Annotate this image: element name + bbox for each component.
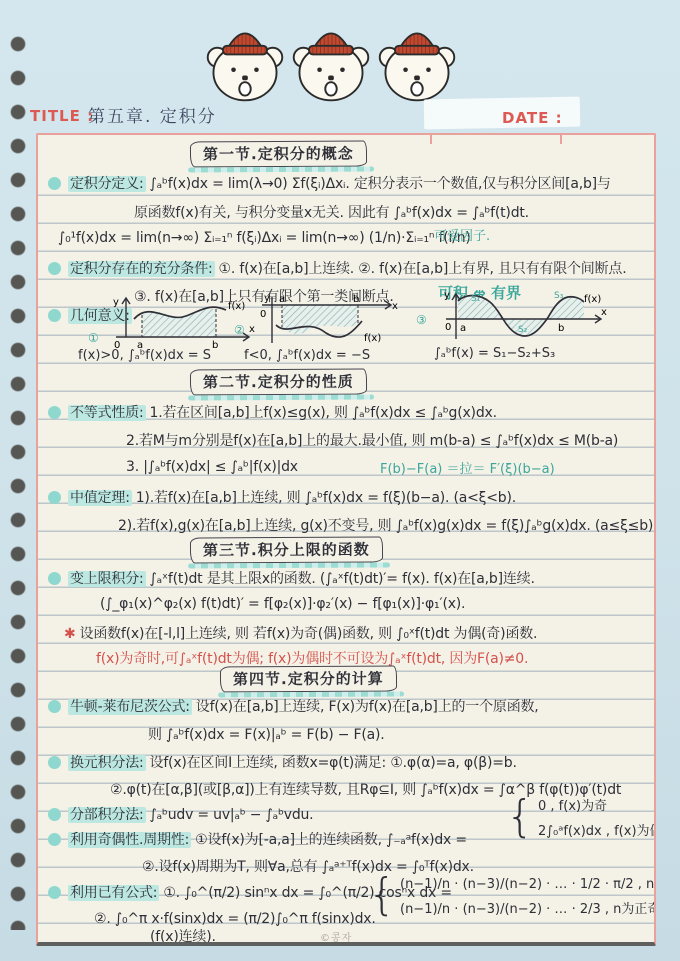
wallis-odd-case: (n−1)/n · (n−3)/(n−2) · … · 2/3 , n为正奇数. [400,898,656,917]
axis-label-y: y [113,297,119,308]
wallis-even-case: (n−1)/n · (n−3)/(n−2) · … · 1/2 · π/2 , … [400,873,656,892]
line-ineq-3: 3. |∫ₐᵇf(x)dx| ≤ ∫ₐᵇ|f(x)|dx [126,459,298,475]
keyword-known-formulas: 利用已有公式: [68,885,159,901]
bullet-icon [48,177,61,190]
parity-case-block: { 0 , f(x)为奇 2∫₀ᵃf(x)dx , f(x)为偶 [506,795,656,839]
origin-label: 0 [260,309,266,320]
section-1-heading: 第一节.定积分的概念 [190,141,367,168]
ineq-text-1: 1.若在区间[a,b]上f(x)≤g(x), 则 ∫ₐᵇf(x)dx ≤ ∫ₐᵇ… [150,405,497,421]
line-def-3: ∫₀¹f(x)dx = lim(n→∞) Σᵢ₌₁ⁿ f(ξᵢ)Δxᵢ = li… [58,230,471,246]
diagram-2-caption: f<0, ∫ₐᵇf(x)dx = −S [244,348,370,363]
keyword-inequality: 不等式性质: [68,405,146,421]
diagram-negative-area: y x 0 a b f(x) [250,293,400,347]
line-ineq-1: 不等式性质:1.若在区间[a,b]上f(x)≤g(x), 则 ∫ₐᵇf(x)dx… [48,402,497,422]
section-2-title: 第二节.定积分的性质 [203,373,354,392]
line-newton-2: 则 ∫ₐᵇf(x)dx = F(x)|ₐᵇ = F(b) − F(a). [148,724,385,744]
bullet-icon [48,262,61,275]
section-4-heading: 第四节.定积分的计算 [220,666,397,693]
axis-label-a: a [460,323,466,334]
axis-label-b: b [212,340,218,351]
parity-case-odd: 0 , f(x)为奇 [538,795,656,814]
page-title: 第五章. 定积分 [88,102,217,127]
mvt-text-2: 2).若f(x),g(x)在[a,b]上连续, g(x)不变号, 则 ∫ₐᵇf(… [118,518,653,534]
area-label-s3: S₃ [554,291,564,301]
date-label: DATE : [502,109,563,127]
line-odd-even-1: ✱设函数f(x)在[-l,l]上连续, 则 若f(x)为奇(偶)函数, 则 ∫₀… [64,623,537,643]
bear-icon [202,22,288,106]
diagram-1-caption: f(x)>0, ∫ₐᵇf(x)dx = S [78,348,211,363]
bullet-icon [48,756,61,769]
binder-holes [5,30,31,930]
diagram-2-number: ② [234,323,245,337]
watermark: ©콩자 [320,929,352,944]
margin-note-lagrange: F(b)−F(a) ＝拉＝ F′(ξ)(b−a) [380,458,555,477]
odd-even-red-note: f(x)为奇时,可∫ₐˣf(t)dt为偶; f(x)为偶时不可设为∫ₐˣf(t)… [96,651,528,667]
section-3-heading: 第三节.积分上限的函数 [190,536,383,563]
line-substitution-1: 换元积分法:设f(x)在区间I上连续, 函数x=φ(t)满足: ①.φ(α)=a… [48,752,517,772]
bullet-icon [48,572,61,585]
wallis-case-block: { (n−1)/n · (n−3)/(n−2) · … · 1/2 · π/2 … [368,873,656,917]
axis-label-y: y [264,293,270,304]
line-var-1: 变上限积分:∫ₐˣf(t)dt 是其上限x的函数. (∫ₐˣf(t)dt)′= … [48,568,535,588]
mvt-text-1: 1).若f(x)在[a,b]上连续, 则 ∫ₐᵇf(x)dx = f(ξ)(b−… [136,490,516,506]
bullet-icon [48,833,61,846]
bullet-icon [48,886,61,899]
def-text-2: 原函数f(x)有关, 与积分变量x无关. 因此有 ∫ₐᵇf(x)dx = ∫ₐᵇ… [134,205,529,221]
line-def-2: 原函数f(x)有关, 与积分变量x无关. 因此有 ∫ₐᵇf(x)dx = ∫ₐᵇ… [134,202,529,222]
axis-label-x: x [392,301,398,312]
line-def-1: 定积分定义:∫ₐᵇf(x)dx = lim(λ→0) Σf(ξᵢ)Δxᵢ. 定积… [48,173,611,193]
line-ineq-2: 2.若M与m分别是f(x)在[a,b]上的最大.最小值, 则 m(b-a) ≤ … [126,430,618,450]
area-label-s1: S₁ [471,294,481,304]
keyword-by-parts: 分部积分法: [68,807,146,823]
sinx-formula: ②. ∫₀^π x·f(sinx)dx = (π/2)∫₀^π f(sinx)d… [94,911,376,927]
axis-label-a: a [279,294,285,305]
diagram-3-number: ③ [416,313,427,327]
note-paper: 第一节.定积分的概念 定积分定义:∫ₐᵇf(x)dx = lim(λ→0) Σf… [36,133,656,946]
ruler-tick [430,135,432,144]
brace-glyph: { [506,795,534,839]
diagram-1-number: ① [88,331,99,345]
cond-text-1: ①. f(x)在[a,b]上连续. ②. f(x)在[a,b]上有界, 且只有有… [219,261,627,277]
bullet-icon [48,309,61,322]
substitution-text-1: 设f(x)在区间I上连续, 函数x=φ(t)满足: ①.φ(α)=a, φ(β)… [150,755,517,771]
ruler-tick [560,135,562,144]
newton-text-1: 设f(x)在[a,b]上连续, F(x)为f(x)在[a,b]上的一个原函数, [196,699,539,715]
keyword-parity-period: 利用奇偶性.周期性: [68,832,191,848]
newton-text-2: 则 ∫ₐᵇf(x)dx = F(x)|ₐᵇ = F(b) − F(a). [148,727,385,743]
bear-icon [288,22,374,106]
axis-label-x: x [601,307,607,318]
bullet-icon [48,808,61,821]
bullet-icon [48,406,61,419]
line-formula-3: (f(x)连续). [150,926,216,946]
bullet-icon [48,700,61,713]
line-mvt-2: 2).若f(x),g(x)在[a,b]上连续, g(x)不变号, 则 ∫ₐᵇf(… [118,515,653,535]
curve-label-fx: f(x) [364,333,381,344]
keyword-mean-value: 中值定理: [68,490,132,506]
line-var-2: (∫_φ₁(x)^φ₂(x) f(t)dt)′ = f[φ₂(x)]·φ₂′(x… [100,596,465,612]
by-parts-formula: ∫ₐᵇudv = uv|ₐᵇ − ∫ₐᵇvdu. [150,807,314,823]
area-label-s2: S₂ [518,325,528,335]
curve-label-fx: f(x) [584,294,601,305]
axis-label-b: b [558,323,564,334]
section-1-title: 第一节.定积分的概念 [203,145,354,164]
title-label: TITLE : [30,107,94,125]
continuity-note: (f(x)连续). [150,929,216,945]
diagram-signed-areas: y x 0 a b S₁ S₂ S₃ f(x) [438,289,610,345]
section-3-title: 第三节.积分上限的函数 [203,541,370,560]
line-parity-1: 利用奇偶性.周期性:①设f(x)为[-a,a]上的连续函数, ∫₋ₐᵃf(x)d… [48,829,467,849]
var-text-1: ∫ₐˣf(t)dt 是其上限x的函数. (∫ₐˣf(t)dt)′= f(x). … [150,571,535,587]
line-mvt-1: 中值定理:1).若f(x)在[a,b]上连续, 则 ∫ₐᵇf(x)dx = f(… [48,487,516,507]
line-by-parts: 分部积分法:∫ₐᵇudv = uv|ₐᵇ − ∫ₐᵇvdu. [48,804,313,824]
line-formula-2: ②. ∫₀^π x·f(sinx)dx = (π/2)∫₀^π f(sinx)d… [94,911,376,927]
keyword-substitution: 换元积分法: [68,755,146,771]
margin-note-cute-factor: 可爱因子. [434,225,490,244]
keyword-definition: 定积分定义: [68,176,146,192]
def-text-1: ∫ₐᵇf(x)dx = lim(λ→0) Σf(ξᵢ)Δxᵢ. 定积分表示一个数… [150,176,611,192]
curve-label-fx: f(x) [228,301,245,312]
ineq-text-2: 2.若M与m分别是f(x)在[a,b]上的最大.最小值, 则 m(b-a) ≤ … [126,433,618,449]
parity-case-even: 2∫₀ᵃf(x)dx , f(x)为偶 [538,820,656,839]
section-2-heading: 第二节.定积分的性质 [190,369,367,396]
bullet-icon [48,491,61,504]
def-text-3: ∫₀¹f(x)dx = lim(n→∞) Σᵢ₌₁ⁿ f(ξᵢ)Δxᵢ = li… [58,230,471,246]
keyword-existence: 定积分存在的充分条件: [68,261,215,277]
odd-even-text: 设函数f(x)在[-l,l]上连续, 则 若f(x)为奇(偶)函数, 则 ∫₀ˣ… [80,626,538,642]
axis-label-b: b [353,294,359,305]
axis-label-y: y [444,290,450,301]
line-newton-1: 牛顿-莱布尼茨公式:设f(x)在[a,b]上连续, F(x)为f(x)在[a,b… [48,696,539,716]
keyword-variable-limit: 变上限积分: [68,571,146,587]
ineq-text-3: 3. |∫ₐᵇf(x)dx| ≤ ∫ₐᵇ|f(x)|dx [126,459,298,475]
var-text-2: (∫_φ₁(x)^φ₂(x) f(t)dt)′ = f[φ₂(x)]·φ₂′(x… [100,596,465,612]
line-cond-1: 定积分存在的充分条件:①. f(x)在[a,b]上连续. ②. f(x)在[a,… [48,258,626,278]
parity-text-1: ①设f(x)为[-a,a]上的连续函数, ∫₋ₐᵃf(x)dx = [195,832,467,848]
origin-label: 0 [445,322,451,333]
keyword-newton-leibniz: 牛顿-莱布尼茨公式: [68,699,192,715]
asterisk-marker: ✱ [64,626,76,642]
diagram-3-caption: ∫ₐᵇf(x) = S₁−S₂+S₃ [434,346,555,361]
section-4-title: 第四节.定积分的计算 [233,670,384,689]
bear-icon [374,22,460,106]
